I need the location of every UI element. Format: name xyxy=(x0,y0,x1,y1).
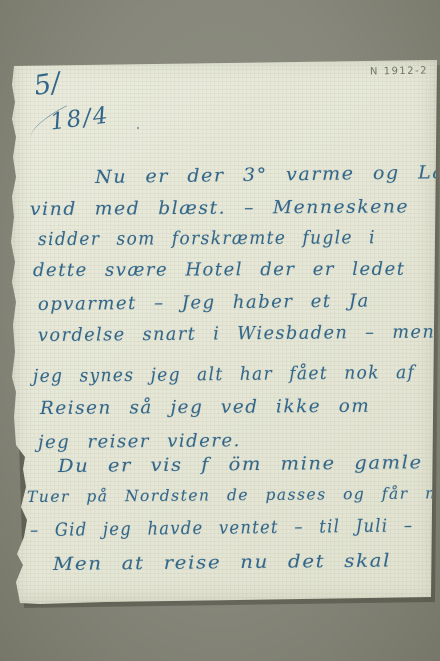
handwritten-line: jeg reiser videre. xyxy=(38,430,241,453)
handwritten-line: Men at reise nu det skal xyxy=(53,550,391,575)
scanned-letter-page: N 1912-2 5/ 18/4 Nu er der 3° varme og L… xyxy=(0,0,440,661)
handwritten-line: vordelse snart i Wiesbaden – men xyxy=(38,322,435,346)
letter-date: 18/4 xyxy=(49,102,111,135)
archive-number-pencil: N 1912-2 xyxy=(370,65,428,77)
ink-dot xyxy=(137,127,139,129)
handwritten-line: Reisen så jeg ved ikke om xyxy=(40,396,370,419)
letter-paper: N 1912-2 5/ 18/4 Nu er der 3° varme og L… xyxy=(10,57,438,606)
handwritten-line: jeg synes jeg alt har fået nok af xyxy=(33,362,415,387)
handwritten-line: Tuer på Nordsten de passes og får nogen xyxy=(27,484,440,506)
handwritten-line: dette svære Hotel der er ledet xyxy=(33,259,406,281)
handwritten-line: sidder som forskræmte fugle i xyxy=(38,227,376,250)
handwritten-line: opvarmet – Jeg haber et Ja xyxy=(38,291,370,315)
page-number: 5/ xyxy=(32,67,63,102)
handwritten-line: – Gid jeg havde ventet – til Juli – xyxy=(30,515,414,541)
handwritten-line: Nu er der 3° varme og Lab xyxy=(95,162,440,188)
handwritten-line: Du er vis f öm mine gamle xyxy=(58,452,423,477)
handwritten-line: vind med blæst. – Menneskene xyxy=(30,196,409,220)
